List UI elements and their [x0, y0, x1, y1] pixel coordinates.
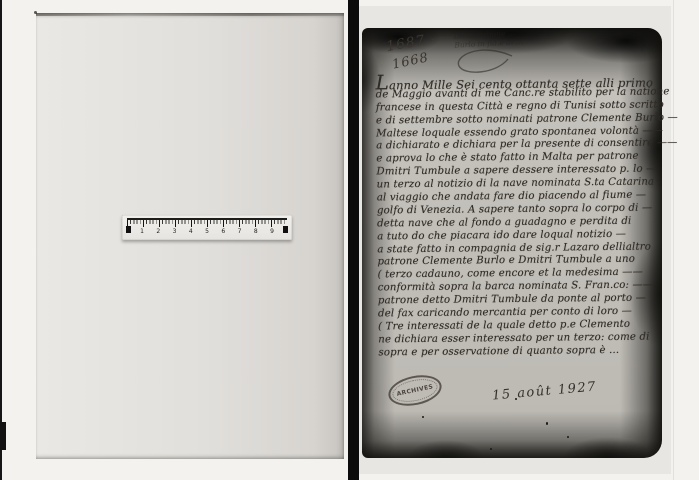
scale-numbers: 123456789	[127, 228, 287, 235]
dust-speck	[515, 398, 517, 400]
manuscript-line: sopra e per osservatione di quanto sopra…	[378, 344, 650, 360]
blank-verso-page: 123456789	[36, 13, 344, 459]
manuscript-page: 1687 — 1668 Dichiaratione …Burlo in fid.…	[362, 28, 662, 458]
year-annotation-upper: 1687 —	[385, 29, 447, 55]
dust-speck	[34, 11, 37, 14]
film-crease	[673, 0, 674, 480]
scale-number: 2	[155, 228, 161, 235]
measuring-scale: 123456789	[122, 215, 292, 240]
year-annotation-lower: 1668	[391, 50, 430, 72]
microfilm-scan: 123456789 1687 — 1668 Dichiaratione …Bur…	[0, 0, 699, 480]
dust-speck	[567, 436, 569, 438]
manuscript-text-block: Lanno Mille Sei cento ottanta sette alli…	[376, 74, 651, 360]
dust-speck	[422, 416, 424, 418]
archive-stamp-label: ARCHIVES	[396, 383, 434, 398]
scale-major-ticks	[127, 220, 287, 227]
scale-number: 6	[220, 228, 226, 235]
scale-band: 123456789	[127, 218, 287, 238]
archive-stamp: ARCHIVES	[386, 371, 445, 411]
scale-number: 9	[269, 228, 275, 235]
dust-speck	[490, 448, 492, 450]
scale-number: 3	[172, 228, 178, 235]
scale-number: 7	[237, 228, 243, 235]
page-gutter	[348, 0, 359, 480]
film-edge-line	[0, 0, 2, 480]
film-corner-notch	[0, 422, 6, 450]
scale-number: 8	[253, 228, 259, 235]
scale-number: 1	[139, 228, 145, 235]
dust-speck	[546, 422, 548, 425]
filming-date-note: 15 août 1927	[492, 379, 598, 403]
scale-number: 4	[188, 228, 194, 235]
scale-number: 5	[204, 228, 210, 235]
